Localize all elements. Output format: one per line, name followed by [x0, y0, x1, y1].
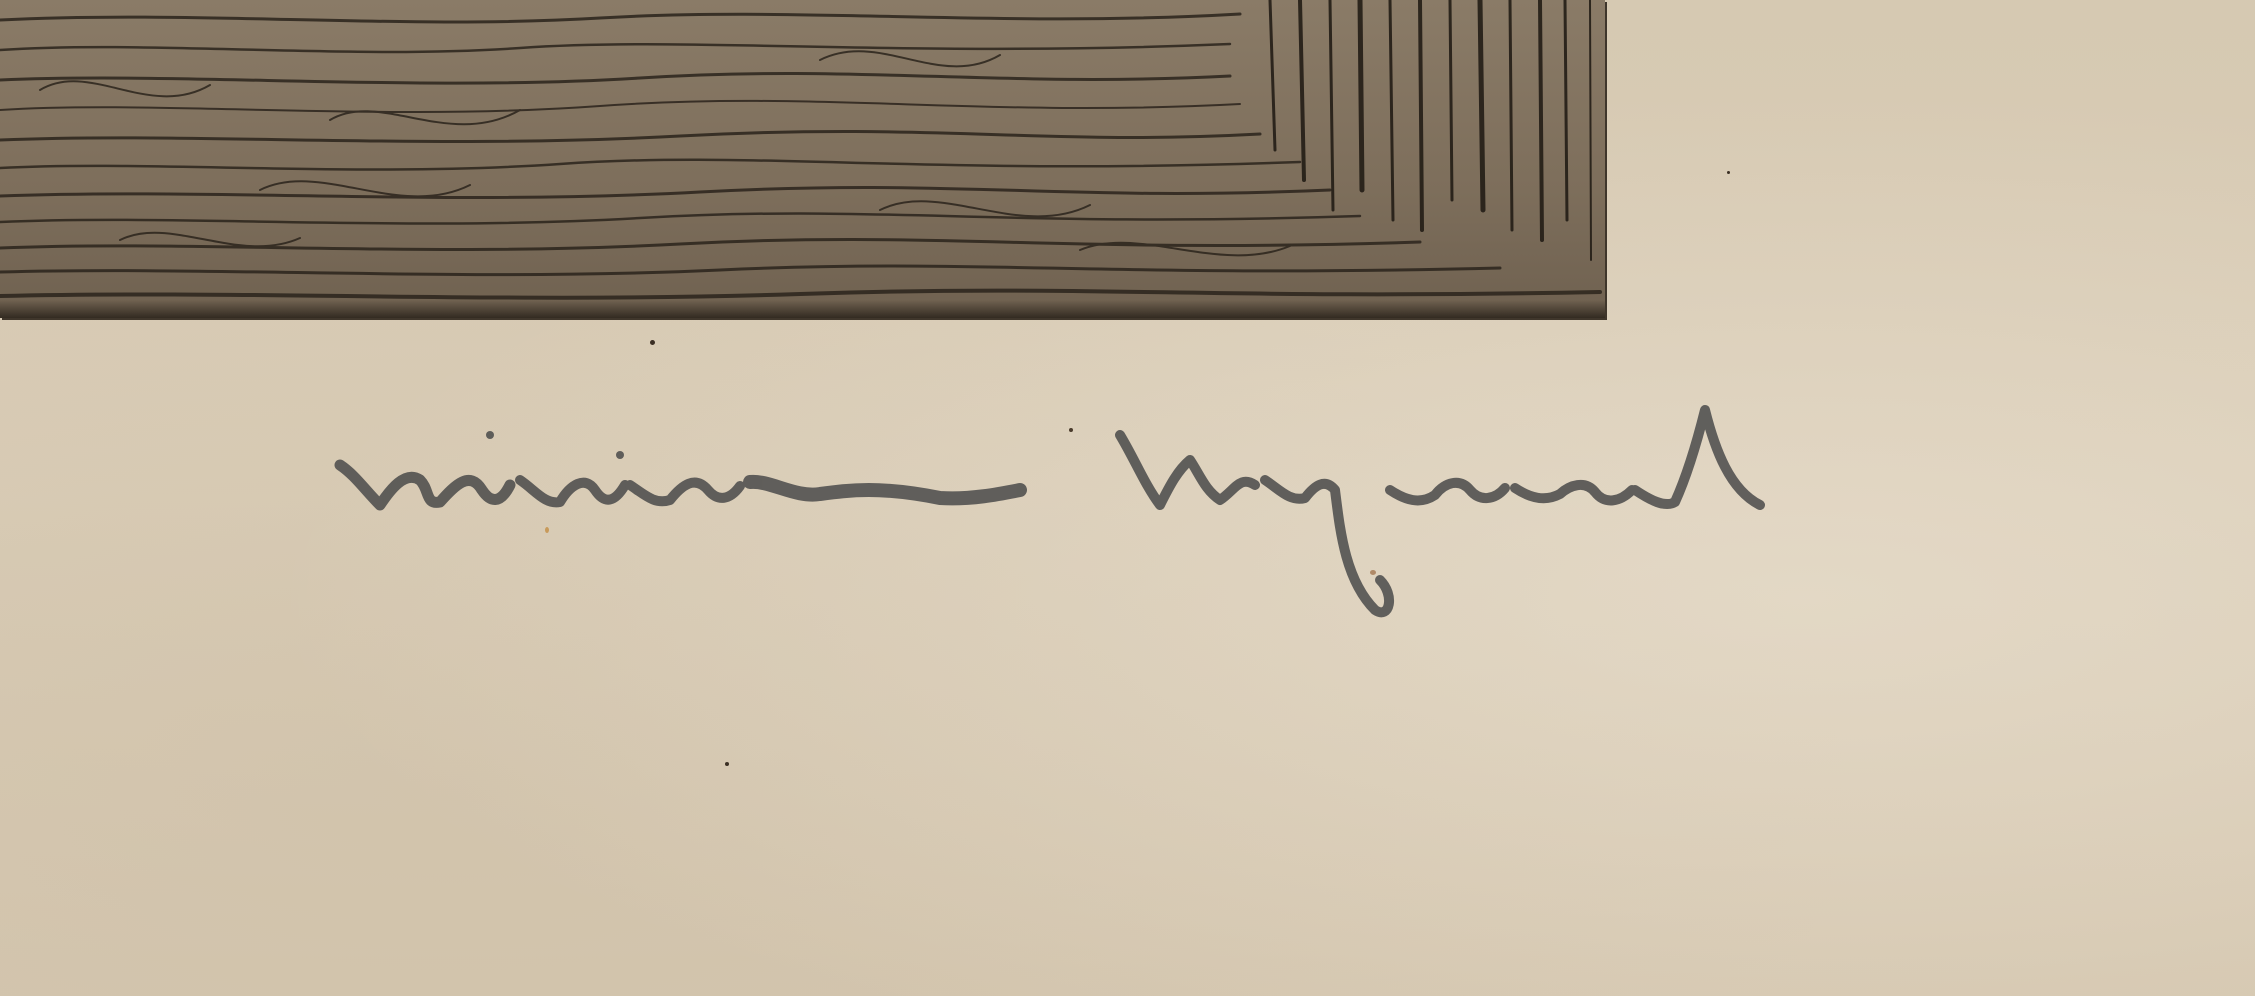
etching-plate: [0, 0, 1605, 318]
plate-bottom-edge: [0, 300, 1605, 318]
paper-speck: [650, 340, 655, 345]
etching-hatching: [0, 0, 1605, 318]
paper-speck: [725, 762, 729, 766]
signature-strokes: [320, 390, 2000, 630]
paper-speck: [1727, 171, 1730, 174]
pencil-signature: [320, 390, 2000, 630]
